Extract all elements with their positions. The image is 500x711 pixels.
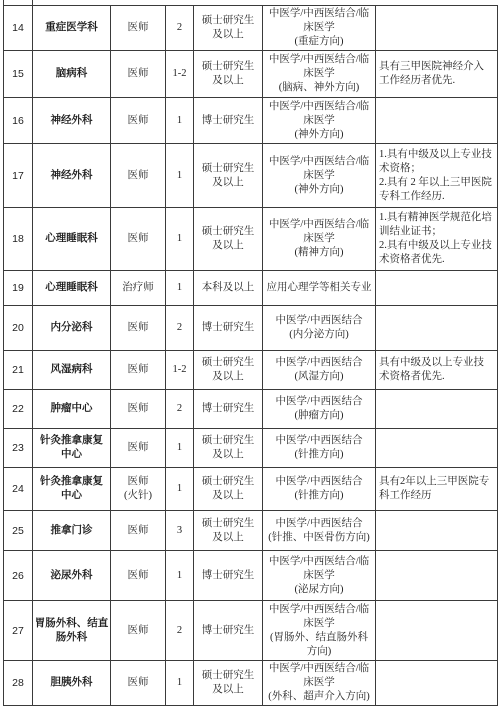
headcount: 1 <box>166 661 194 706</box>
remarks <box>376 390 498 429</box>
headcount: 2 <box>166 6 194 51</box>
major-requirement: 中医学/中西医结合 (针推方向) <box>263 468 376 511</box>
position-title: 医师 <box>111 144 166 208</box>
remarks <box>376 429 498 468</box>
table-row: 23针灸推拿康复 中心医师1硕士研究生 及以上中医学/中西医结合 (针推方向) <box>4 429 498 468</box>
row-number: 26 <box>4 551 33 601</box>
remarks <box>376 98 498 144</box>
headcount: 2 <box>166 390 194 429</box>
remarks: 具有2年以上三甲医院专 科工作经历 <box>376 468 498 511</box>
headcount: 3 <box>166 511 194 551</box>
major-requirement: 中医学/中西医结合/临 床医学 (泌尿方向) <box>263 551 376 601</box>
department-name: 肿瘤中心 <box>33 390 111 429</box>
department-name: 胃肠外科、结直 肠外科 <box>33 601 111 661</box>
row-number: 24 <box>4 468 33 511</box>
remarks <box>376 511 498 551</box>
education-requirement: 博士研究生 <box>194 551 263 601</box>
position-title: 医师 <box>111 390 166 429</box>
row-number: 28 <box>4 661 33 706</box>
major-requirement: 中医学/中西医结合/临 床医学 (胃肠外、结直肠外科 方向) <box>263 601 376 661</box>
table-row: 25推拿门诊医师3硕士研究生 及以上中医学/中西医结合 (针推、中医骨伤方向) <box>4 511 498 551</box>
position-title: 医师 <box>111 306 166 351</box>
major-requirement: 中医学/中西医结合 (肿瘤方向) <box>263 390 376 429</box>
headcount: 1-2 <box>166 51 194 98</box>
department-name: 内分泌科 <box>33 306 111 351</box>
position-title: 治疗师 <box>111 271 166 306</box>
position-title: 医师 <box>111 601 166 661</box>
row-number: 25 <box>4 511 33 551</box>
headcount: 1 <box>166 98 194 144</box>
department-name: 心理睡眠科 <box>33 208 111 271</box>
table-row: 16神经外科医师1博士研究生中医学/中西医结合/临 床医学 (神外方向) <box>4 98 498 144</box>
row-number: 16 <box>4 98 33 144</box>
table-row: 15脑病科医师1-2硕士研究生 及以上中医学/中西医结合/临 床医学 (脑病、神… <box>4 51 498 98</box>
table-row: 17神经外科医师1硕士研究生 及以上中医学/中西医结合/临 床医学 (神外方向)… <box>4 144 498 208</box>
major-requirement: 中医学/中西医结合/临 床医学 (外科、超声介入方向) <box>263 661 376 706</box>
education-requirement: 博士研究生 <box>194 390 263 429</box>
department-name: 泌尿外科 <box>33 551 111 601</box>
headcount: 1 <box>166 551 194 601</box>
education-requirement: 硕士研究生 及以上 <box>194 208 263 271</box>
department-name: 针灸推拿康复 中心 <box>33 429 111 468</box>
department-name: 胆胰外科 <box>33 661 111 706</box>
department-name: 神经外科 <box>33 144 111 208</box>
table-row: 20内分泌科医师2博士研究生中医学/中西医结合 (内分泌方向) <box>4 306 498 351</box>
position-title: 医师 <box>111 551 166 601</box>
education-requirement: 博士研究生 <box>194 306 263 351</box>
education-requirement: 硕士研究生 及以上 <box>194 144 263 208</box>
education-requirement: 硕士研究生 及以上 <box>194 429 263 468</box>
education-requirement: 硕士研究生 及以上 <box>194 51 263 98</box>
remarks: 1.具有中级及以上专业技 术资格； 2.具有 2 年以上三甲医院 专科工作经历. <box>376 144 498 208</box>
education-requirement: 博士研究生 <box>194 98 263 144</box>
headcount: 2 <box>166 306 194 351</box>
remarks: 具有中级及以上专业技 术资格者优先. <box>376 351 498 390</box>
row-number: 22 <box>4 390 33 429</box>
position-title: 医师 <box>111 98 166 144</box>
education-requirement: 硕士研究生 及以上 <box>194 6 263 51</box>
headcount: 1 <box>166 429 194 468</box>
row-number: 21 <box>4 351 33 390</box>
recruitment-table: 14重症医学科医师2硕士研究生 及以上中医学/中西医结合/临 床医学 (重症方向… <box>3 5 498 706</box>
table-row: 14重症医学科医师2硕士研究生 及以上中医学/中西医结合/临 床医学 (重症方向… <box>4 6 498 51</box>
headcount: 1 <box>166 271 194 306</box>
row-number: 17 <box>4 144 33 208</box>
major-requirement: 中医学/中西医结合/临 床医学 (脑病、神外方向) <box>263 51 376 98</box>
education-requirement: 硕士研究生 及以上 <box>194 468 263 511</box>
headcount: 1 <box>166 208 194 271</box>
row-number: 23 <box>4 429 33 468</box>
headcount: 1 <box>166 144 194 208</box>
remarks <box>376 306 498 351</box>
major-requirement: 中医学/中西医结合 (针推、中医骨伤方向) <box>263 511 376 551</box>
position-title: 医师 <box>111 661 166 706</box>
department-name: 针灸推拿康复 中心 <box>33 468 111 511</box>
table-row: 18心理睡眠科医师1硕士研究生 及以上中医学/中西医结合/临 床医学 (精神方向… <box>4 208 498 271</box>
department-name: 心理睡眠科 <box>33 271 111 306</box>
department-name: 神经外科 <box>33 98 111 144</box>
remarks <box>376 551 498 601</box>
department-name: 推拿门诊 <box>33 511 111 551</box>
position-title: 医师 <box>111 51 166 98</box>
headcount: 2 <box>166 601 194 661</box>
remarks <box>376 6 498 51</box>
major-requirement: 中医学/中西医结合 (针推方向) <box>263 429 376 468</box>
position-title: 医师 <box>111 429 166 468</box>
education-requirement: 硕士研究生 及以上 <box>194 351 263 390</box>
department-name: 重症医学科 <box>33 6 111 51</box>
major-requirement: 应用心理学等相关专业 <box>263 271 376 306</box>
position-title: 医师 <box>111 351 166 390</box>
education-requirement: 硕士研究生 及以上 <box>194 511 263 551</box>
remarks: 具有三甲医院神经介入 工作经历者优先. <box>376 51 498 98</box>
table-row: 28胆胰外科医师1硕士研究生 及以上中医学/中西医结合/临 床医学 (外科、超声… <box>4 661 498 706</box>
remarks: 1.具有精神医学规范化培 训结业证书； 2.具有中级及以上专业技 术资格者优先. <box>376 208 498 271</box>
document-page: 14重症医学科医师2硕士研究生 及以上中医学/中西医结合/临 床医学 (重症方向… <box>0 0 500 711</box>
row-number: 14 <box>4 6 33 51</box>
table-body: 14重症医学科医师2硕士研究生 及以上中医学/中西医结合/临 床医学 (重症方向… <box>4 6 498 706</box>
major-requirement: 中医学/中西医结合 (内分泌方向) <box>263 306 376 351</box>
table-row: 27胃肠外科、结直 肠外科医师2博士研究生中医学/中西医结合/临 床医学 (胃肠… <box>4 601 498 661</box>
headcount: 1-2 <box>166 351 194 390</box>
remarks <box>376 271 498 306</box>
headcount: 1 <box>166 468 194 511</box>
table-row: 26泌尿外科医师1博士研究生中医学/中西医结合/临 床医学 (泌尿方向) <box>4 551 498 601</box>
position-title: 医师 <box>111 511 166 551</box>
table-row: 22肿瘤中心医师2博士研究生中医学/中西医结合 (肿瘤方向) <box>4 390 498 429</box>
row-number: 18 <box>4 208 33 271</box>
position-title: 医师 <box>111 208 166 271</box>
row-number: 15 <box>4 51 33 98</box>
remarks <box>376 661 498 706</box>
major-requirement: 中医学/中西医结合/临 床医学 (神外方向) <box>263 144 376 208</box>
department-name: 风湿病科 <box>33 351 111 390</box>
major-requirement: 中医学/中西医结合 (风湿方向) <box>263 351 376 390</box>
position-title: 医师 <box>111 6 166 51</box>
position-title: 医师 (火针) <box>111 468 166 511</box>
table-row: 21风湿病科医师1-2硕士研究生 及以上中医学/中西医结合 (风湿方向)具有中级… <box>4 351 498 390</box>
education-requirement: 博士研究生 <box>194 601 263 661</box>
major-requirement: 中医学/中西医结合/临 床医学 (重症方向) <box>263 6 376 51</box>
remarks <box>376 601 498 661</box>
major-requirement: 中医学/中西医结合/临 床医学 (神外方向) <box>263 98 376 144</box>
table-row: 24针灸推拿康复 中心医师 (火针)1硕士研究生 及以上中医学/中西医结合 (针… <box>4 468 498 511</box>
row-number: 27 <box>4 601 33 661</box>
table-row: 19心理睡眠科治疗师1本科及以上应用心理学等相关专业 <box>4 271 498 306</box>
row-number: 20 <box>4 306 33 351</box>
education-requirement: 本科及以上 <box>194 271 263 306</box>
major-requirement: 中医学/中西医结合/临 床医学 (精神方向) <box>263 208 376 271</box>
education-requirement: 硕士研究生 及以上 <box>194 661 263 706</box>
row-number: 19 <box>4 271 33 306</box>
department-name: 脑病科 <box>33 51 111 98</box>
